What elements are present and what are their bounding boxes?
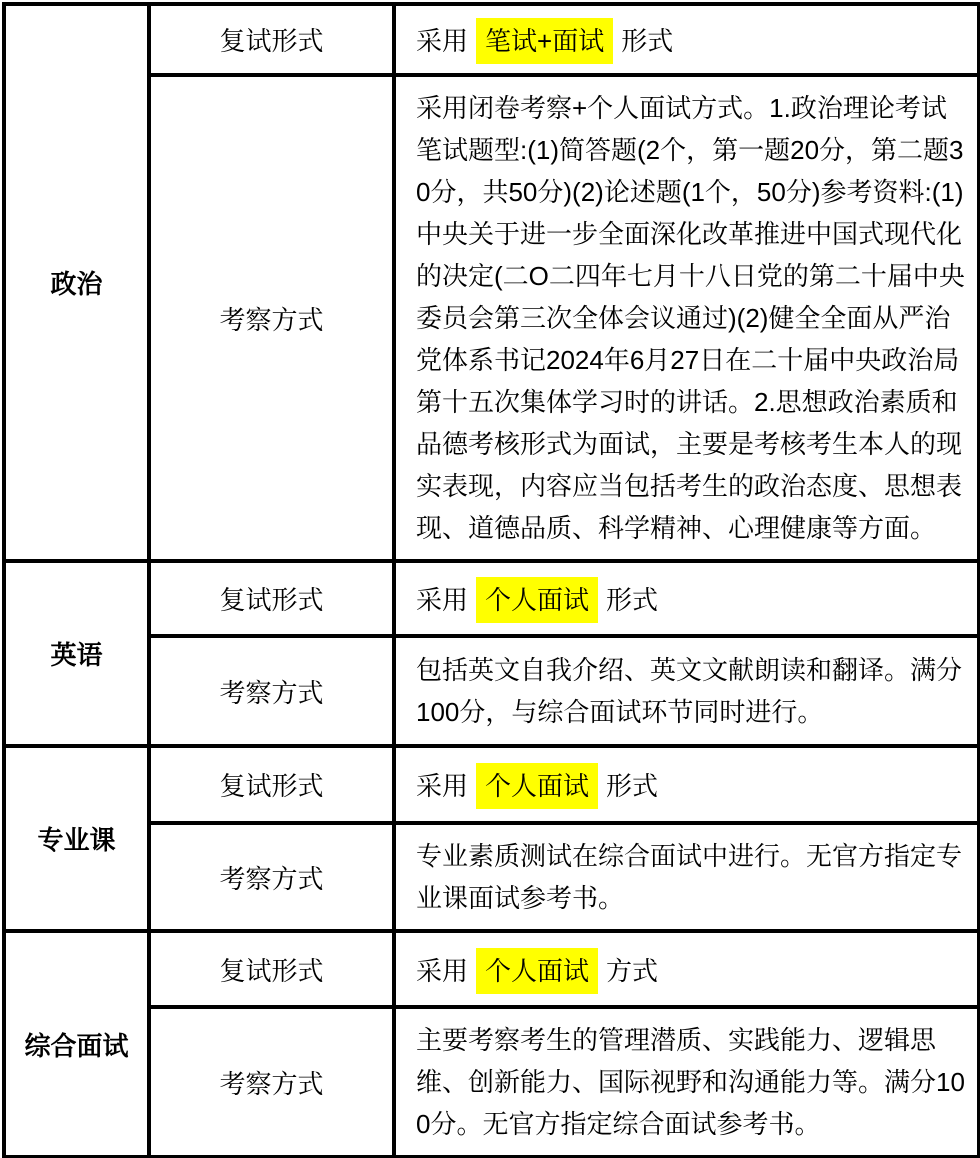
row-label: 复试形式 [149,931,394,1007]
form-content: 采用笔试+面试形式 [394,4,979,75]
method-content: 包括英文自我介绍、英文文献朗读和翻译。满分100分，与综合面试环节同时进行。 [394,636,979,746]
form-content: 采用个人面试方式 [394,931,979,1007]
subject-major-course: 专业课 [4,746,149,931]
row-label: 复试形式 [149,746,394,823]
method-content: 主要考察考生的管理潜质、实践能力、逻辑思维、创新能力、国际视野和沟通能力等。满分… [394,1007,979,1157]
method-content: 专业素质测试在综合面试中进行。无官方指定专业课面试参考书。 [394,823,979,931]
table-row: 考察方式 主要考察考生的管理潜质、实践能力、逻辑思维、创新能力、国际视野和沟通能… [4,1007,979,1157]
table-row: 政治 复试形式 采用笔试+面试形式 [4,4,979,75]
row-label: 复试形式 [149,561,394,636]
form-prefix: 采用 [416,771,468,801]
highlight-mark: 个人面试 [476,948,598,994]
row-label: 考察方式 [149,75,394,561]
form-content: 采用个人面试形式 [394,561,979,636]
table-row: 考察方式 包括英文自我介绍、英文文献朗读和翻译。满分100分，与综合面试环节同时… [4,636,979,746]
highlight-mark: 个人面试 [476,763,598,809]
table-row: 考察方式 专业素质测试在综合面试中进行。无官方指定专业课面试参考书。 [4,823,979,931]
row-label: 考察方式 [149,823,394,931]
form-suffix: 方式 [606,956,658,986]
form-suffix: 形式 [606,585,658,615]
highlight-mark: 笔试+面试 [476,18,613,64]
form-prefix: 采用 [416,585,468,615]
method-content: 采用闭卷考察+个人面试方式。1.政治理论考试笔试题型:(1)简答题(2个，第一题… [394,75,979,561]
row-label: 考察方式 [149,1007,394,1157]
subject-english: 英语 [4,561,149,746]
form-prefix: 采用 [416,956,468,986]
form-prefix: 采用 [416,26,468,56]
highlight-mark: 个人面试 [476,577,598,623]
row-label: 考察方式 [149,636,394,746]
form-suffix: 形式 [606,771,658,801]
form-suffix: 形式 [621,26,673,56]
table-row: 综合面试 复试形式 采用个人面试方式 [4,931,979,1007]
table-row: 考察方式 采用闭卷考察+个人面试方式。1.政治理论考试笔试题型:(1)简答题(2… [4,75,979,561]
table-row: 英语 复试形式 采用个人面试形式 [4,561,979,636]
row-label: 复试形式 [149,4,394,75]
form-content: 采用个人面试形式 [394,746,979,823]
subject-politics: 政治 [4,4,149,561]
review-format-table: 政治 复试形式 采用笔试+面试形式 考察方式 采用闭卷考察+个人面试方式。1.政… [2,2,980,1158]
table-row: 专业课 复试形式 采用个人面试形式 [4,746,979,823]
subject-comprehensive-interview: 综合面试 [4,931,149,1157]
